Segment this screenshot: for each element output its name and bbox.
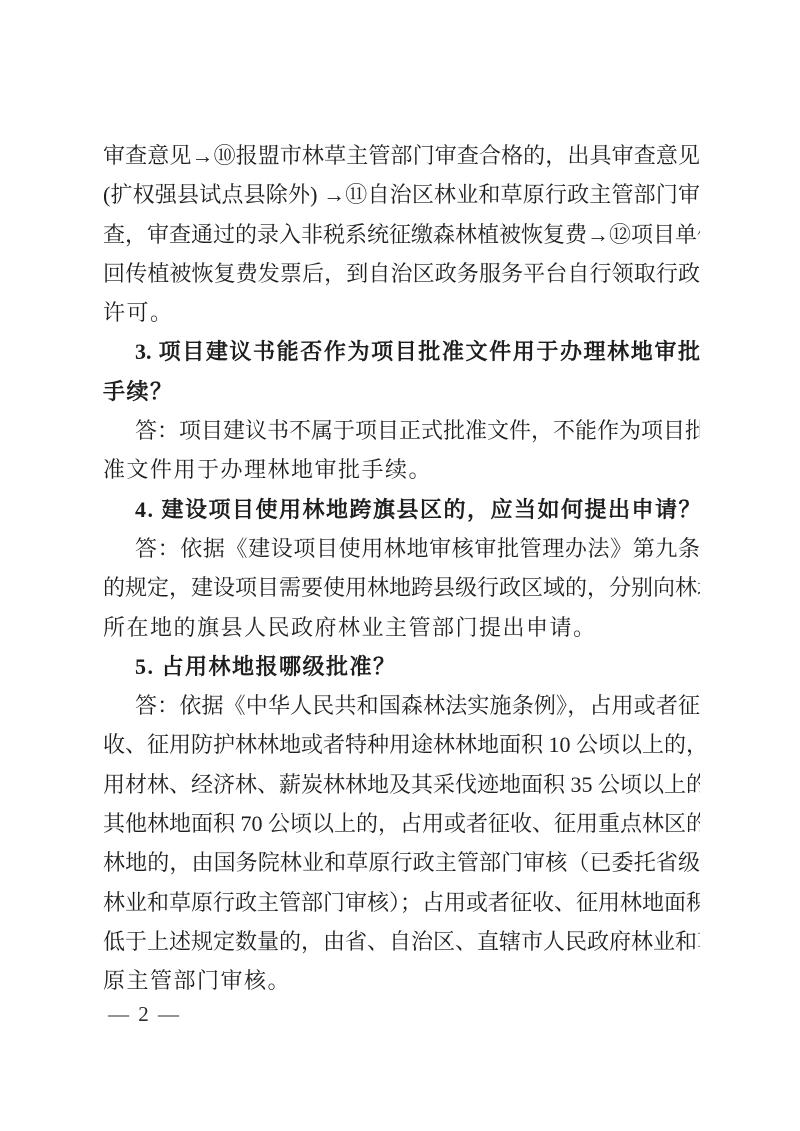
answer-line: 的规定，建设项目需要使用林地跨县级行政区域的，分别向林地 (103, 568, 700, 607)
answer-line: 答：依据《中华人民共和国森林法实施条例》，占用或者征 (103, 686, 700, 725)
document-text-block: 审查意见→⑩报盟市林草主管部门审查合格的，出具审查意见(扩权强县试点县除外) →… (103, 136, 700, 1001)
answer-line: 林业和草原行政主管部门审核）；占用或者征收、征用林地面积 (103, 883, 700, 922)
answer-line: 用材林、经济林、薪炭林林地及其采伐迹地面积 35 公顷以上的， (103, 765, 700, 804)
answer-line: 审查意见→⑩报盟市林草主管部门审查合格的，出具审查意见 (103, 136, 700, 175)
question-line: 3. 项目建议书能否作为项目批准文件用于办理林地审批 (103, 332, 700, 371)
answer-line: 原主管部门审核。 (103, 961, 700, 1000)
question-line: 手续？ (103, 372, 700, 411)
answer-line: 回传植被恢复费发票后，到自治区政务服务平台自行领取行政 (103, 254, 700, 293)
document-page: 审查意见→⑩报盟市林草主管部门审查合格的，出具审查意见(扩权强县试点县除外) →… (0, 0, 800, 1131)
answer-line: 许可。 (103, 293, 700, 332)
answer-line: 低于上述规定数量的，由省、自治区、直辖市人民政府林业和草 (103, 922, 700, 961)
page-number: — 2 — (108, 1002, 181, 1027)
answer-line: 其他林地面积 70 公顷以上的，占用或者征收、征用重点林区的 (103, 804, 700, 843)
question-line: 4. 建设项目使用林地跨旗县区的，应当如何提出申请？ (103, 490, 700, 529)
question-line: 5. 占用林地报哪级批准？ (103, 647, 700, 686)
answer-line: 收、征用防护林林地或者特种用途林林地面积 10 公顷以上的， (103, 725, 700, 764)
answer-line: 所在地的旗县人民政府林业主管部门提出申请。 (103, 608, 700, 647)
answer-line: (扩权强县试点县除外) →⑪自治区林业和草原行政主管部门审 (103, 175, 700, 214)
answer-line: 答：项目建议书不属于项目正式批准文件，不能作为项目批 (103, 411, 700, 450)
answer-line: 林地的，由国务院林业和草原行政主管部门审核（已委托省级 (103, 843, 700, 882)
answer-line: 查，审查通过的录入非税系统征缴森林植被恢复费→⑫项目单位 (103, 215, 700, 254)
answer-line: 准文件用于办理林地审批手续。 (103, 450, 700, 489)
answer-line: 答：依据《建设项目使用林地审核审批管理办法》第九条 (103, 529, 700, 568)
